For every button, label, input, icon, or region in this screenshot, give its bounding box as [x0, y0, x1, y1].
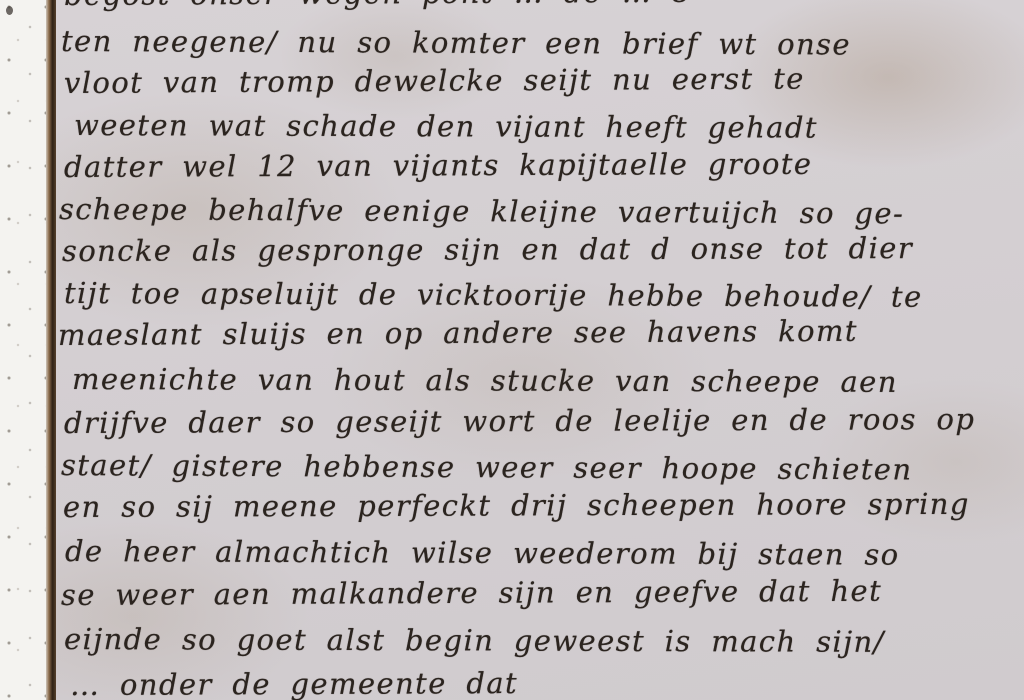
manuscript-line: de heer almachtich wilse weederom bij st… [65, 534, 900, 572]
manuscript-line: tijt toe apseluijt de vicktoorije hebbe … [64, 276, 923, 314]
paper-edge-line [46, 0, 56, 700]
manuscript-line: staet/ gistere hebbense weer seer hoope … [61, 448, 913, 486]
dust-speck [6, 6, 13, 15]
manuscript-line: ten neegene/ nu so komter een brief wt o… [61, 24, 851, 61]
manuscript-line: drijfve daer so geseijt wort de leelije … [64, 402, 975, 440]
manuscript-line: begost onser wegen pont … de … 8 [64, 0, 692, 12]
manuscript-line: se weer aen malkandere sijn en geefve da… [61, 574, 882, 612]
letter-paper: begost onser wegen pont … de … 8 ten nee… [56, 0, 1024, 700]
manuscript-line: scheepe behalfve eenige kleijne vaertuij… [59, 192, 904, 230]
scanner-background-strip [0, 0, 46, 700]
manuscript-line: datter wel 12 van vijants kapijtaelle gr… [64, 147, 813, 184]
manuscript-line: meenichte van hout als stucke van scheep… [72, 362, 898, 399]
manuscript-text: begost onser wegen pont … de … 8 ten nee… [56, 0, 1024, 700]
manuscript-line: maeslant sluijs en op andere see havens … [58, 314, 858, 352]
manuscript-line: weeten wat schade den vijant heeft gehad… [74, 108, 818, 145]
manuscript-line: vloot van tromp dewelcke seijt nu eerst … [64, 61, 805, 100]
manuscript-line: … onder de gemeente dat [70, 666, 518, 700]
manuscript-line: eijnde so goet alst begin geweest is mac… [64, 622, 885, 659]
manuscript-line: soncke als gespronge sijn en dat d onse … [62, 231, 913, 268]
manuscript-line: en so sij meene perfeckt drij scheepen h… [63, 487, 970, 524]
scanned-letter-page: begost onser wegen pont … de … 8 ten nee… [0, 0, 1024, 700]
